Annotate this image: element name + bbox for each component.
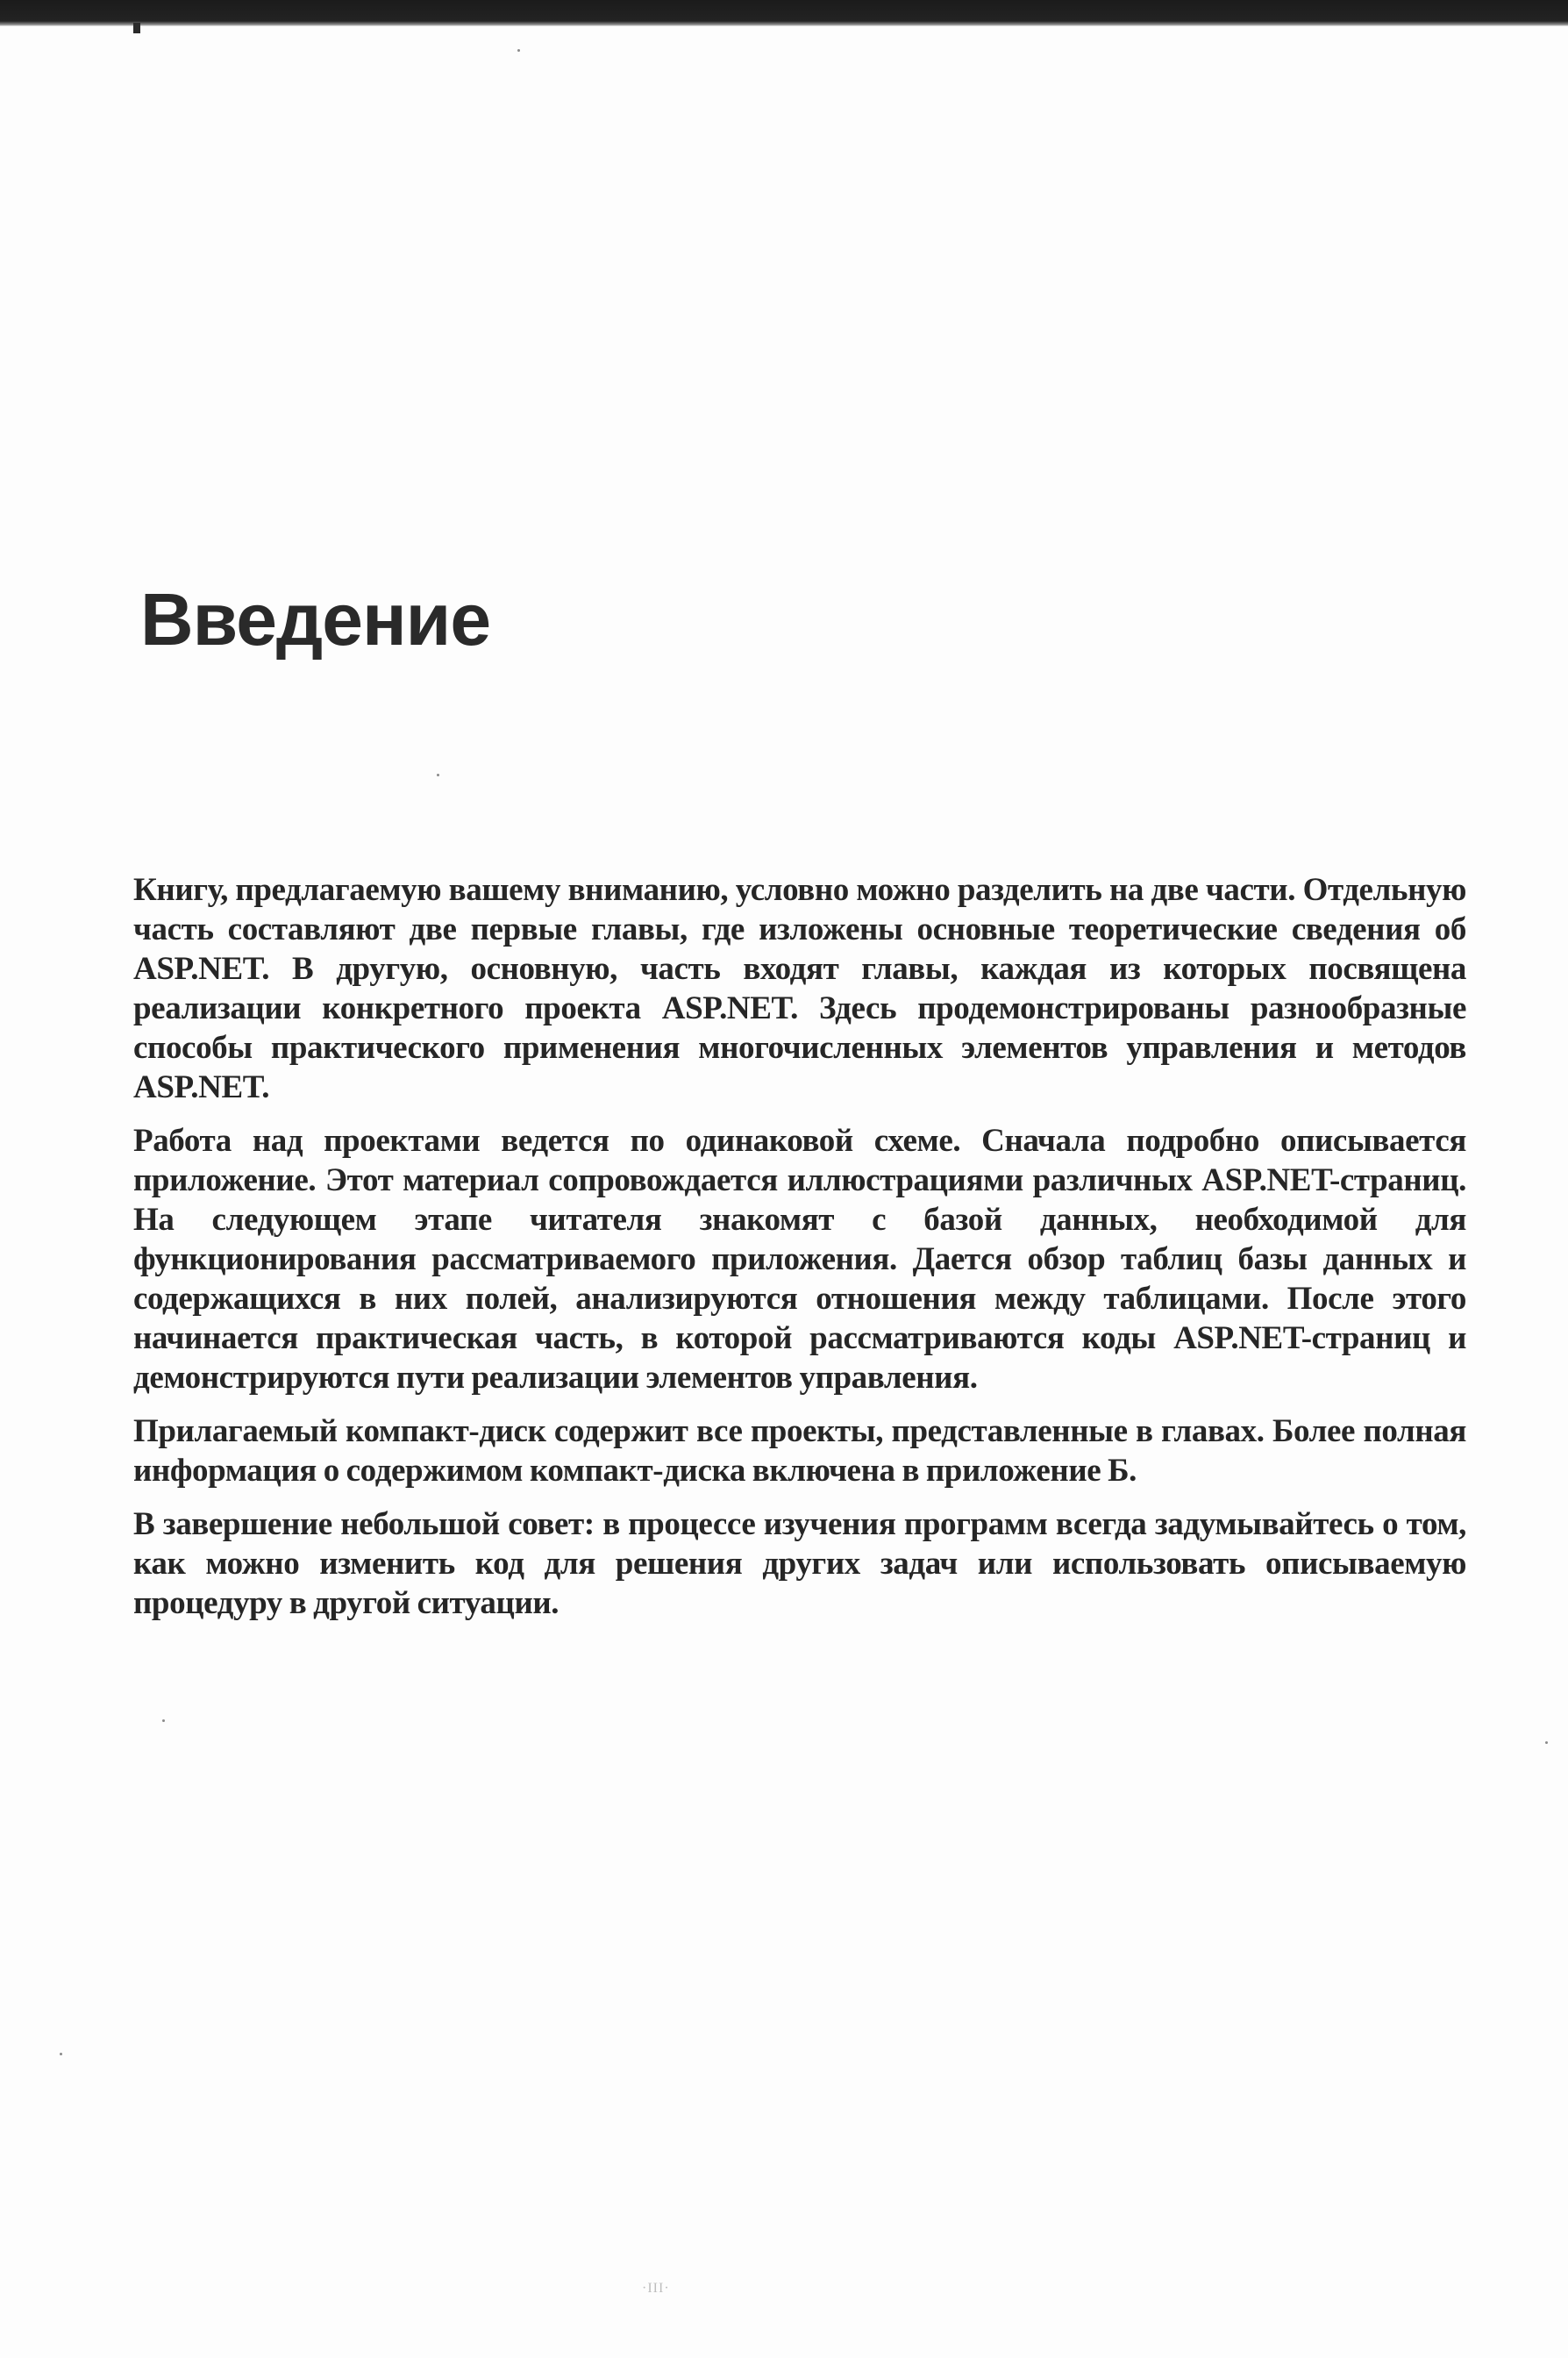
scan-top-edge xyxy=(0,0,1568,26)
paragraph-cd: Прилагаемый компакт-диск содержит все пр… xyxy=(133,1411,1466,1490)
page-number-marks: ·III· xyxy=(642,2281,670,2297)
chapter-body: Книгу, предлагаемую вашему вниманию, усл… xyxy=(133,870,1466,1637)
scan-speck xyxy=(60,2053,62,2055)
scan-artifact xyxy=(133,23,140,33)
paragraph-workflow: Работа над проектами ведется по одинаков… xyxy=(133,1121,1466,1397)
paragraph-advice: В завершение небольшой совет: в процессе… xyxy=(133,1504,1466,1623)
scan-speck xyxy=(1545,1741,1548,1744)
scan-speck xyxy=(437,774,439,776)
chapter-title: Введение xyxy=(140,582,490,656)
paragraph-intro: Книгу, предлагаемую вашему вниманию, усл… xyxy=(133,870,1466,1107)
scan-speck xyxy=(517,49,520,52)
scan-speck xyxy=(162,1719,165,1722)
